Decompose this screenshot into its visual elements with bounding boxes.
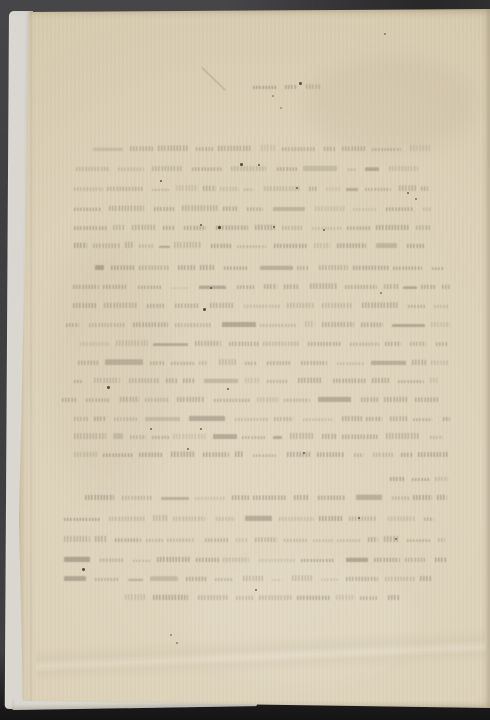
paper-stain	[306, 57, 476, 152]
page-fold-line	[30, 7, 32, 709]
document-page	[16, 7, 490, 709]
paper-stain	[46, 237, 166, 497]
